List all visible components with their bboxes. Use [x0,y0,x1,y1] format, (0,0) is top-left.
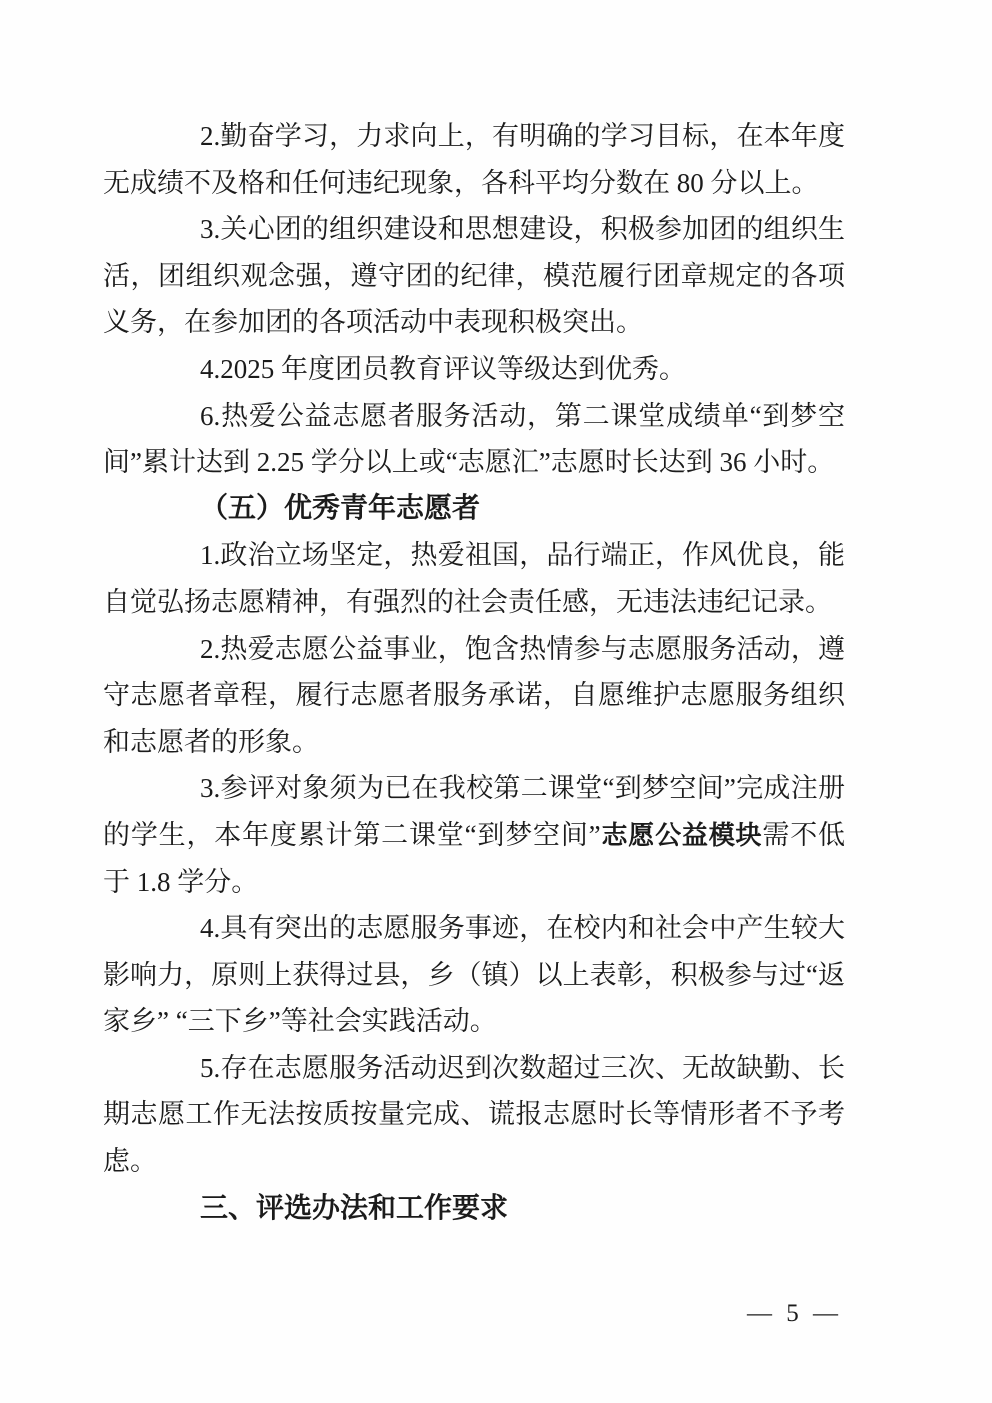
paragraph: 2.勤奋学习，力求向上，有明确的学习目标，在本年度无成绩不及格和任何违纪现象，各… [103,113,845,206]
page-number: — 5 — [747,1300,842,1328]
section-heading: 三、评选办法和工作要求 [103,1185,845,1232]
paragraph: 5.存在志愿服务活动迟到次数超过三次、无故缺勤、长期志愿工作无法按质按量完成、谎… [103,1045,845,1185]
text-run: 2.热爱志愿公益事业，饱含热情参与志愿服务活动，遵守志愿者章程，履行志愿者服务承… [103,634,845,757]
bold-text-run: （五）优秀青年志愿者 [200,493,480,524]
text-run: 1.政治立场坚定，热爱祖国，品行端正，作风优良，能自觉弘扬志愿精神，有强烈的社会… [103,540,845,617]
document-page: 2.勤奋学习，力求向上，有明确的学习目标，在本年度无成绩不及格和任何违纪现象，各… [0,0,992,1403]
paragraph: 2.热爱志愿公益事业，饱含热情参与志愿服务活动，遵守志愿者章程，履行志愿者服务承… [103,626,845,766]
paragraph: 3.参评对象须为已在我校第二课堂“到梦空间”完成注册的学生，本年度累计第二课堂“… [103,765,845,905]
text-run: 4.具有突出的志愿服务事迹，在校内和社会中产生较大影响力，原则上获得过县，乡（镇… [103,913,845,1036]
text-run: 3.关心团的组织建设和思想建设，积极参加团的组织生活，团组织观念强，遵守团的纪律… [103,214,845,337]
paragraph: 4.具有突出的志愿服务事迹，在校内和社会中产生较大影响力，原则上获得过县，乡（镇… [103,905,845,1045]
bold-text-run: 志愿公益模块 [601,820,763,850]
text-run: 4.2025 年度团员教育评议等级达到优秀。 [200,354,686,384]
paragraph: 1.政治立场坚定，热爱祖国，品行端正，作风优良，能自觉弘扬志愿精神，有强烈的社会… [103,532,845,625]
paragraph: 6.热爱公益志愿者服务活动，第二课堂成绩单“到梦空间”累计达到 2.25 学分以… [103,393,845,486]
paragraph: 3.关心团的组织建设和思想建设，积极参加团的组织生活，团组织观念强，遵守团的纪律… [103,206,845,346]
bold-text-run: 三、评选办法和工作要求 [200,1192,508,1223]
paragraph: 4.2025 年度团员教育评议等级达到优秀。 [103,346,845,393]
section-heading: （五）优秀青年志愿者 [103,486,845,533]
text-run: 6.热爱公益志愿者服务活动，第二课堂成绩单“到梦空间”累计达到 2.25 学分以… [103,401,845,478]
document-body: 2.勤奋学习，力求向上，有明确的学习目标，在本年度无成绩不及格和任何违纪现象，各… [103,113,845,1231]
text-run: 5.存在志愿服务活动迟到次数超过三次、无故缺勤、长期志愿工作无法按质按量完成、谎… [103,1053,845,1176]
text-run: 2.勤奋学习，力求向上，有明确的学习目标，在本年度无成绩不及格和任何违纪现象，各… [103,121,845,198]
